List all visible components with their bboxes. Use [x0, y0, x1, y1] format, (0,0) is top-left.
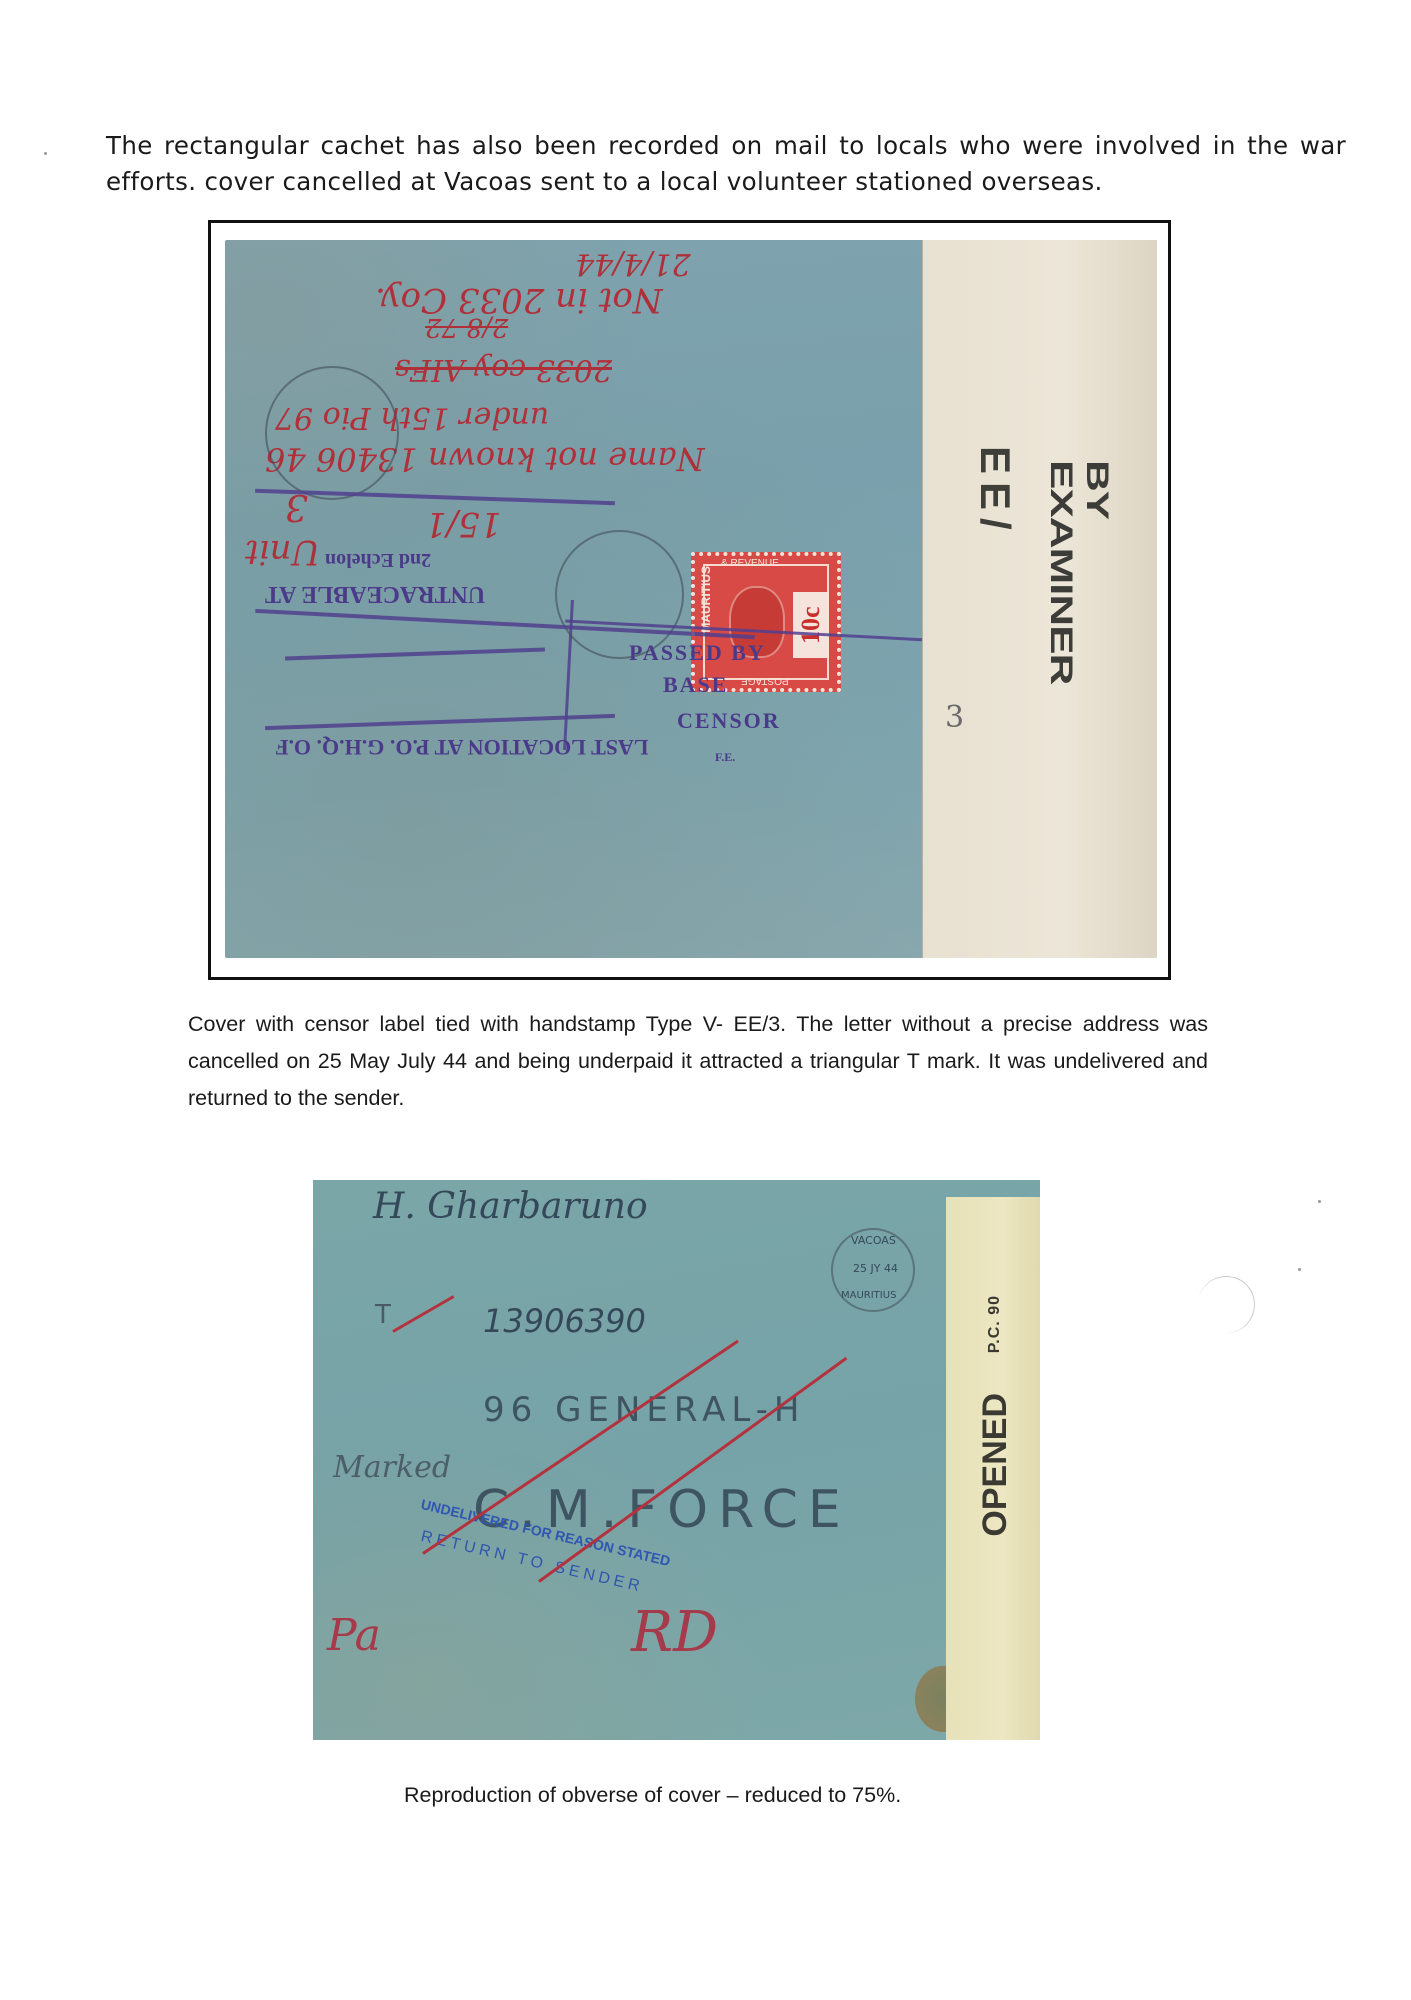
censor-code: P.C. 90: [986, 1295, 1004, 1353]
manuscript-line: 21/4/44: [575, 246, 691, 281]
postmark-mauritius: [265, 366, 399, 500]
stamp-top-text: & REVENUE: [721, 558, 779, 569]
manuscript-line: Unit: [245, 532, 320, 572]
postage-stamp-10c: MAURITIUS & REVENUE 10c POSTAGE: [691, 552, 841, 692]
scan-speck: [1318, 1200, 1321, 1203]
cachet-censor: CENSOR: [677, 708, 781, 734]
cover-obverse-image: H. Gharbaruno VACOAS 25 JY 44 MAURITIUS …: [313, 1180, 1040, 1740]
censor-label-by-examiner: EE/ BY EXAMINER 3: [922, 240, 1157, 958]
cachet-2nd-echelon: 2nd Echelon: [325, 548, 431, 571]
cover-reverse-image: Not in 2033 Coy. 21/4/44 2/8 72 2033 coy…: [225, 240, 1157, 958]
stamp-value: 10c: [793, 592, 829, 658]
scan-speck: [44, 152, 47, 155]
censor-label-opened: P.C. 90 OPENED: [946, 1197, 1040, 1740]
cachet-passed-by: PASSED BY: [629, 640, 766, 666]
cachet-last-location: LAST LOCATION AT P.O. G.H.Q. O.F: [275, 734, 648, 760]
stamp-country: MAURITIUS: [699, 566, 713, 633]
scan-speck: [1298, 1268, 1301, 1271]
censor-label-text: BY EXAMINER: [1079, 460, 1115, 750]
addressee-name: H. Gharbaruno: [373, 1186, 648, 1227]
manuscript-line: 2/8 72: [425, 312, 508, 342]
intro-paragraph: The rectangular cachet has also been rec…: [106, 128, 1346, 200]
postmark-country: MAURITIUS: [841, 1290, 896, 1301]
censor-label-text: OPENED: [976, 1393, 1015, 1537]
figure-1-frame: Not in 2033 Coy. 21/4/44 2/8 72 2033 coy…: [208, 220, 1171, 980]
red-note-pa: Pa: [327, 1610, 381, 1661]
postmark-vacoas: VACOAS 25 JY 44 MAURITIUS: [831, 1228, 915, 1312]
t-mark: T: [375, 1300, 391, 1330]
censor-handwritten-number: 3: [945, 700, 964, 735]
figure-2-caption: Reproduction of obverse of cover – reduc…: [404, 1783, 1004, 1808]
service-number: 13906390: [483, 1302, 646, 1340]
manuscript-line: 2033 coy AIFs: [395, 352, 612, 387]
scan-artefact-arc: [1193, 1271, 1259, 1337]
red-note-rd: RD: [631, 1600, 718, 1665]
postmark-date: 25 JY 44: [853, 1262, 898, 1275]
manuscript-line: 15/1: [425, 504, 501, 544]
censor-code: EE/: [971, 446, 1019, 538]
censor-id: F.E.: [715, 750, 735, 765]
manuscript-line: Not in 2033 Coy.: [375, 280, 663, 320]
pencil-note: Marked: [333, 1450, 451, 1485]
cachet-untraceable: UNTRACEABLE AT: [265, 580, 485, 607]
stamp-bottom-text: POSTAGE: [741, 675, 789, 686]
postmark-town: VACOAS: [851, 1234, 896, 1247]
figure-1-caption: Cover with censor label tied with handst…: [188, 1006, 1208, 1117]
cachet-base: BASE: [663, 672, 728, 698]
